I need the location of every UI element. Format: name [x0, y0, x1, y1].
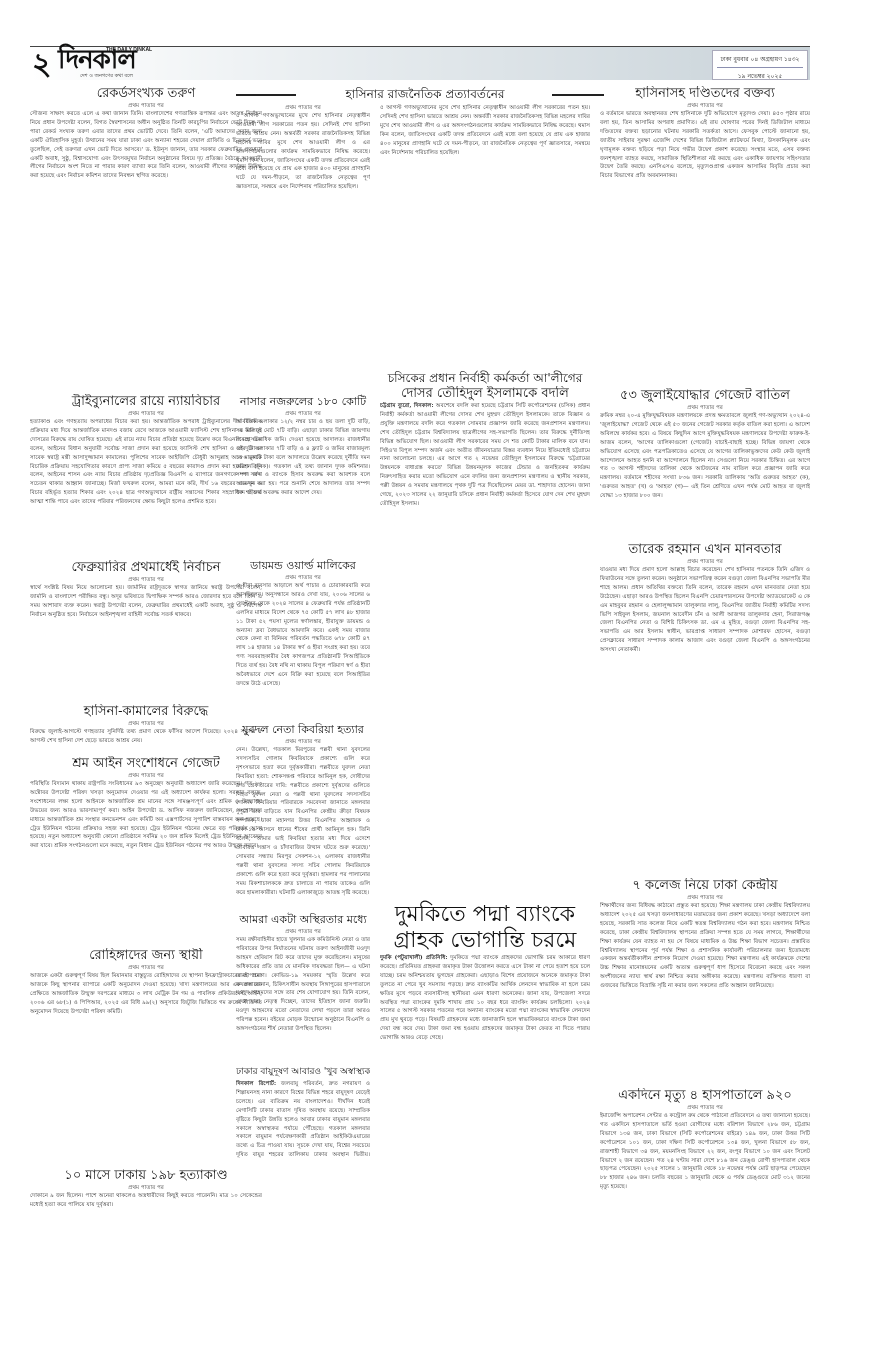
article-body: ক্রমিক নম্বর ২০-এ মুক্তিযুদ্ধবিষয়ক মন্ত… [600, 412, 810, 542]
continued-label: প্রথম পাতার পর [30, 102, 262, 110]
article-body: ও বর্তমানে ভারতে অবস্থানরত শেখ হাসিনাকে … [600, 110, 810, 388]
headline-line-1: চসিকের প্রধান নির্বাহী কর্মকর্তা আ'লীগের [380, 370, 590, 386]
article-body: যাওয়ার মধ্য দিয়ে প্রমাণ হলো আল্লাহ বিচ… [600, 566, 810, 878]
column-left: রেকর্ডসংখ্যক তরুণ প্রথম পাতার পর সৌজন্য … [30, 86, 262, 1220]
column-middle-left: প্রথম পাতার পর ৫ আগস্ট গণঅভ্যুত্থানের মু… [236, 104, 370, 1160]
article-body: আবাসিক এলাকার ১২/২ নম্বর চার ও ছয় তলা দ… [236, 418, 370, 558]
headline: তারেক রহমান এখন মানবতার [600, 542, 810, 558]
article-body: আজকে একটা গুরুত্বপূর্ণ বিষয় ছিল মিয়ানম… [30, 972, 262, 1168]
byline: চট্টগ্রাম ব্যুরো, দিনকাল: [380, 403, 434, 409]
headline: ৭ কলেজ নিয়ে ঢাকা কেন্দ্রীয় [600, 878, 810, 894]
article-body: চট্টগ্রাম ব্যুরো, দিনকাল: অবশেষে বদলি কর… [380, 402, 590, 902]
date-box: ঢাকা বুধবার ০৪ অগ্রহায়ণ ১৪৩২ ১৯ নভেম্বর… [712, 50, 808, 80]
article-dengue-deaths: একদিনে মৃত্যু ৪ হাসপাতালে ৯২০ প্রথম পাতা… [600, 1088, 810, 1240]
article-body: দিনকাল রিপোর্ট: জলবায়ু পরিবর্তন, দ্রুত … [236, 1080, 370, 1160]
continued-label: প্রথম পাতার পর [30, 410, 262, 418]
continued-label: প্রথম পাতার পর [600, 404, 810, 412]
article-rohingya: রোহিঙ্গাদের জন্য স্থায়ী প্রথম পাতার পর … [30, 948, 262, 1168]
continued-label: প্রথম পাতার পর [236, 410, 370, 418]
article-padma-bank: দুমকিতে পদ্মা ব্যাংকে গ্রাহক ভোগান্তি চর… [380, 902, 590, 1234]
article-tribunal-verdict: ট্রাইব্যুনালের রায়ে ন্যায়বিচার প্রথম প… [30, 394, 262, 560]
article-body: হত্যাকাণ্ড এবং গণহত্যায় অপরাধের বিচার ক… [30, 418, 262, 560]
article-record-youth: রেকর্ডসংখ্যক তরুণ প্রথম পাতার পর সৌজন্য … [30, 86, 262, 298]
continued-label: প্রথম পাতার পর [236, 574, 370, 582]
article-tarique-rahman: তারেক রহমান এখন মানবতার প্রথম পাতার পর য… [600, 542, 810, 878]
headline: রোহিঙ্গাদের জন্য স্থায়ী [30, 948, 262, 964]
headline-nasa-nazrul: নাসার নজরুলের ১৮০ কোটি [236, 394, 370, 410]
article-labour-law: শ্রম আইন সংশোধনে গেজেট প্রথম পাতার পর পর… [30, 756, 262, 948]
headline-rule-left [236, 94, 296, 96]
article-body: দুমকি (পটুয়াখালী) প্রতিনিধি: দুমকিতে পদ… [380, 954, 590, 1234]
article-body: ও হীরা ব্যবসার আড়ালে অর্থ পাচার ও চোরাক… [236, 582, 370, 722]
article-body: ৫ আগস্ট গণঅভ্যুত্থানের মুখে শেখ হাসিনার … [236, 112, 370, 394]
article-body: স্বার্থে সংশ্লিষ্ট বিষয় নিয়ে আলোচনা হয… [30, 584, 262, 704]
continued-label: প্রথম পাতার পর [600, 558, 810, 566]
headline-instability: আমরা একটা অস্থিরতার মধ্যে [236, 912, 370, 928]
page-number: ২ [32, 48, 52, 82]
headline-rule-right [552, 94, 604, 96]
article-body-text: অবশেষে বদলি করা হয়েছে চট্টগ্রাম সিটি কর… [380, 403, 590, 507]
article-body-text: জলবায়ু পরিবর্তন, দ্রুত নগরায়ণ ও শিল্পা… [236, 1081, 370, 1160]
article-hasina-kamal: হাসিনা-কামালের বিরুদ্ধে প্রথম পাতার পর ব… [30, 704, 262, 756]
headline-jubo-dal: যুবদল নেতা কিবরিয়া হত্যার [236, 722, 370, 738]
article-body: সময় রক্ষীবাহিনীর হাতে খুলনার এক কমিউনিস… [236, 936, 370, 1064]
column-right: হাসিনাসহ দণ্ডিতদের বক্তব্য প্রথম পাতার প… [600, 86, 810, 1240]
article-murders-dhaka: ১০ মাসে ঢাকায় ১৯৮ হত্যাকাণ্ড প্রথম পাতা… [30, 1168, 262, 1220]
headline-line-2: গ্রাহক ভোগান্তি চরমে [380, 928, 590, 954]
logo-english: THE DAILY DINKAL [106, 47, 152, 53]
continued-label: প্রথম পাতার পর [30, 964, 262, 972]
article-body-text: দুমকিতে পদ্মা ব্যাংকে গ্রাহকদের ভোগান্তি… [380, 955, 590, 1041]
continued-label: প্রথম পাতার পর [30, 772, 262, 780]
headline-air-pollution: ঢাকার বায়ুদূষণ আবারও 'খুব অস্বাস্থ্যকর'… [236, 1064, 370, 1080]
column-middle-right: ৫ আগস্ট গণঅভ্যুত্থানের মুখে শেখ হাসিনার … [380, 104, 590, 1234]
headline-line-1: দুমকিতে পদ্মা ব্যাংকে [380, 902, 590, 928]
article-seven-colleges: ৭ কলেজ নিয়ে ঢাকা কেন্দ্রীয় প্রথম পাতার… [600, 878, 810, 1088]
headline: শ্রম আইন সংশোধনে গেজেট [30, 756, 262, 772]
article-body: সৌজন্য সাক্ষাৎ করতে এলে এ কথা জানান তিনি… [30, 110, 262, 298]
article-body: দোকানে ৯ জন ছিলেন। পাশে অনেরা থাকলেও অস্… [30, 1192, 262, 1220]
article-body: পরিস্থিতি বিদ্যমান থাকায় রাষ্ট্রপতি সংব… [30, 780, 262, 948]
continued-label: প্রথম পাতার পর [30, 1184, 262, 1192]
headline: রেকর্ডসংখ্যক তরুণ [30, 86, 262, 102]
byline: দিনকাল রিপোর্ট: [236, 1081, 276, 1087]
article-body: ইমার্জেন্সি অপারেশন সেন্টার ও কন্ট্রোল র… [600, 1112, 810, 1240]
headline: ট্রাইব্যুনালের রায়ে ন্যায়বিচার [30, 394, 262, 410]
article-hasina-statements: হাসিনাসহ দণ্ডিতদের বক্তব্য প্রথম পাতার প… [600, 86, 810, 388]
headline: একদিনে মৃত্যু ৪ হাসপাতালে ৯২০ [600, 1088, 810, 1104]
article-body: বিরুদ্ধে জুলাই-আগস্টে গণহত্যার সুনির্দিষ… [30, 728, 262, 756]
continued-label: প্রথম পাতার পর [236, 738, 370, 746]
article-february-election: ফেব্রুয়ারির প্রথমার্ধেই নির্বাচন প্রথম … [30, 560, 262, 704]
headline: ১০ মাসে ঢাকায় ১৯৮ হত্যাকাণ্ড [30, 1168, 262, 1184]
article-july-gazette: ৫৩ জুলাইযোদ্ধার গেজেট বাতিল প্রথম পাতার … [600, 388, 810, 542]
continued-label: প্রথম পাতার পর [236, 104, 370, 112]
continued-label: প্রথম পাতার পর [30, 720, 262, 728]
date-gregorian: ১৯ নভেম্বর ২০২৫ [713, 68, 807, 82]
continued-label: প্রথম পাতার পর [600, 1104, 810, 1112]
headline-hasina-return: হাসিনার রাজনৈতিক প্রত্যাবর্তনের [310, 86, 540, 106]
headline: ফেব্রুয়ারির প্রথমার্ধেই নির্বাচন [30, 560, 262, 576]
continued-label: প্রথম পাতার পর [236, 928, 370, 936]
byline: দুমকি (পটুয়াখালী) প্রতিনিধি: [380, 955, 447, 961]
headline: ৫৩ জুলাইযোদ্ধার গেজেট বাতিল [600, 388, 810, 404]
headline-diamond-world: ডায়মন্ড ওয়ার্ল্ড মালিকের [236, 558, 370, 574]
continued-label: প্রথম পাতার পর [30, 576, 262, 584]
logo-tagline: দেশ ও জনগণের কথা বলে [80, 73, 133, 81]
newspaper-logo: দিনকাল THE DAILY DINKAL দেশ ও জনগণের কথা… [58, 47, 156, 79]
headline: হাসিনা-কামালের বিরুদ্ধে [30, 704, 262, 720]
continued-label: প্রথম পাতার পর [600, 102, 810, 110]
continued-label: প্রথম পাতার পর [600, 894, 810, 902]
article-body: শিক্ষার্থীদের জন্য বিধিবদ্ধ কাঠামো প্রস্… [600, 902, 810, 1088]
date-bengali: ঢাকা বুধবার ০৪ অগ্রহায়ণ ১৪৩২ [717, 51, 803, 68]
article-body-hasina-continued: ৫ আগস্ট গণঅভ্যুত্থানের মুখে শেখ হাসিনার … [380, 104, 590, 364]
headline: হাসিনাসহ দণ্ডিতদের বক্তব্য [600, 86, 810, 102]
headline-line-2: দোসর তৌহিদুল ইসলামকে বদলি [380, 386, 590, 402]
article-body: নেন। উল্লেখ্য, গতকাল মিরপুরের পল্লবী থান… [236, 746, 370, 912]
article-ctg-ceo: চসিকের প্রধান নির্বাহী কর্মকর্তা আ'লীগের… [380, 370, 590, 902]
